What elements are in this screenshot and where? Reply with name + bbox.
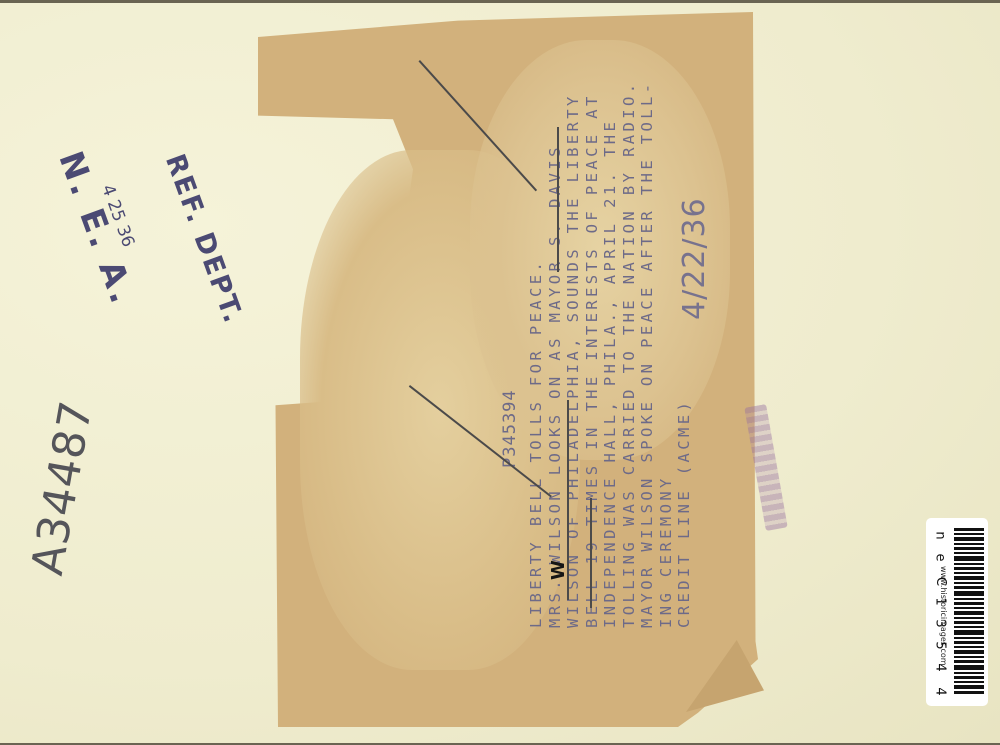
caption-line: TOLLING WAS CARRIED TO THE NATION BY RAD… [620,81,639,628]
pencil-underline [590,498,592,608]
caption-line: MAYOR WILSON SPOKE ON PEACE AFTER THE TO… [638,81,657,628]
barcode-char: 4 [933,687,948,695]
barcode-char: e [933,554,948,562]
handwritten-date: 4/22/36 [677,197,712,320]
barcode-url: www.historicimages.com [939,566,948,666]
caption-line: INDEPENDENCE HALL, PHILA., APRIL 21. THE [601,81,620,628]
scan-top-edge [0,0,1000,3]
caption-line: BELL 19 TIMES IN THE INTERESTS OF PEACE … [583,81,602,628]
caption-line: CREDIT LINE (ACME) [675,81,694,628]
photo-number: P345394 [500,389,520,468]
pencil-underline [567,400,569,600]
barcode-char: n [933,531,948,539]
caption-line: LIBERTY BELL TOLLS FOR PEACE. [527,81,546,628]
handwritten-mark: W [548,560,569,580]
pencil-underline [557,127,559,272]
barcode-label: n e C 1 3 5 4 4 [926,518,988,706]
caption-line: MRS. WILSON LOOKS ON AS MAYOR S. DAVIS [546,81,565,628]
caption-line: ING CEREMONY [657,81,676,628]
barcode [954,528,984,696]
